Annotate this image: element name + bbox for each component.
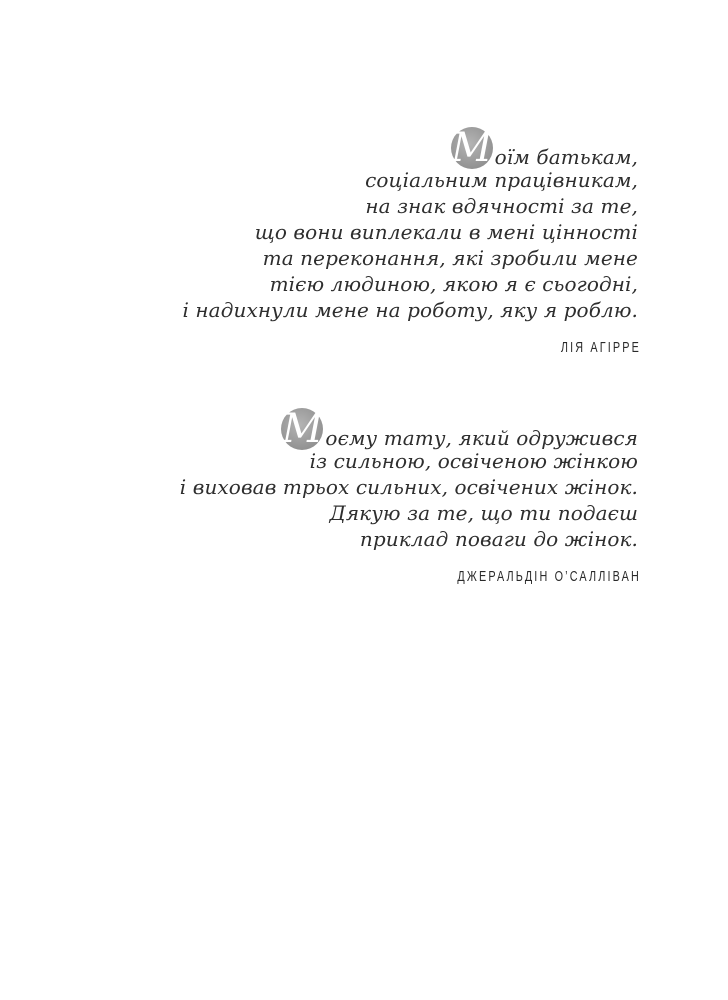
poem-line-text: оїм батькам, [495, 145, 638, 169]
poem-line: соціальним працівникам, [118, 167, 638, 193]
poem-line: на знак вдячності за те, [118, 193, 638, 219]
poem-line: із сильною, освіченою жінкою [118, 448, 638, 474]
poem-line: приклад поваги до жінок. [118, 526, 638, 552]
poem-line-lead: Моїм батькам, [118, 127, 638, 167]
dedication-poem: Моїм батькам, соціальним працівникам, на… [118, 127, 638, 323]
poem-line: і надихнули мене на роботу, яку я роблю. [118, 297, 638, 323]
drop-cap-initial: М [281, 408, 323, 450]
dedication-poem: Моєму тату, який одружився із сильною, о… [118, 408, 638, 552]
dedication-osullivan: Моєму тату, який одружився із сильною, о… [118, 408, 638, 585]
dedication-aguirre: Моїм батькам, соціальним працівникам, на… [118, 127, 638, 356]
poem-line-text: оєму тату, який одружився [325, 426, 638, 450]
poem-line: і виховав трьох сильних, освічених жінок… [118, 474, 638, 500]
poem-line: Дякую за те, що ти подаєш [118, 500, 638, 526]
dedication-author: ЛІЯ АГІРРЕ [264, 339, 641, 356]
poem-line-lead: Моєму тату, який одружився [118, 408, 638, 448]
drop-cap-initial: М [451, 127, 493, 169]
poem-line: тією людиною, якою я є сьогодні, [118, 271, 638, 297]
poem-line: та переконання, які зробили мене [118, 245, 638, 271]
book-page: Моїм батькам, соціальним працівникам, на… [0, 0, 728, 1000]
poem-line: що вони виплекали в мені цінності [118, 219, 638, 245]
dedication-author: ДЖЕРАЛЬДІН О’САЛЛІВАН [264, 568, 641, 585]
